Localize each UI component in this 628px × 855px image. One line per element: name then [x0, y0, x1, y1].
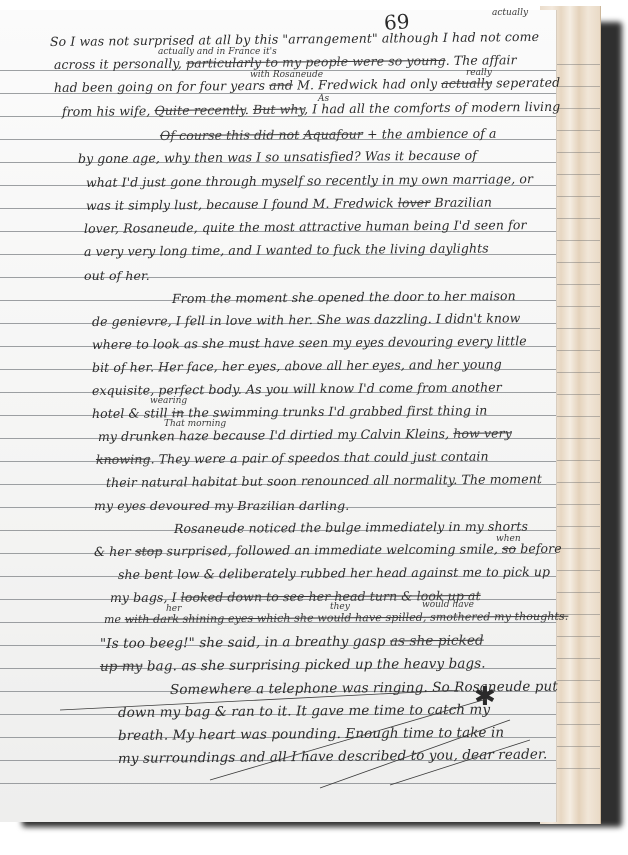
text-line: had been going on for four years and M. … [54, 75, 560, 95]
text-line: what I'd just gone through myself so rec… [86, 171, 533, 190]
text-line: Rosaneude noticed the bulge immediately … [174, 519, 528, 536]
text-line: From the moment she opened the door to h… [172, 288, 516, 306]
text-line: Of course this did not Aquafour + the am… [160, 126, 497, 143]
text-line: my eyes devoured my Brazilian darling. [94, 498, 349, 513]
text-line: was it simply lust, because I found M. F… [86, 194, 492, 213]
text-line: my drunken haze because I'd dirtied my C… [98, 425, 512, 444]
text-line: up my bag. as she surprising picked up t… [100, 656, 486, 675]
annotation-insert: would have [422, 600, 474, 610]
text-line: knowing. They were a pair of speedos tha… [96, 449, 489, 467]
struck-text: Of course this did not [160, 127, 300, 143]
text-line: "Is too beeg!" she said, in a breathy ga… [100, 633, 484, 652]
struck-text: up my [100, 659, 143, 675]
struck-text: stop [135, 544, 162, 559]
struck-text: with dark shining eyes which she would h… [125, 610, 569, 626]
struck-text: how very [453, 425, 512, 441]
text-line: & her stop surprised, followed an immedi… [94, 541, 562, 559]
struck-text: actually [441, 75, 492, 91]
struck-text: But why [253, 101, 304, 117]
text-line: a very very long time, and I wanted to f… [84, 240, 489, 259]
struck-text: as she picked [390, 633, 484, 650]
struck-text: so [502, 541, 516, 556]
text-line: by gone age, why then was I so unsatisfi… [78, 148, 477, 166]
text-line: hotel & still in the swimming trunks I'd… [92, 403, 488, 421]
struck-text: particularly to my people were so young [186, 53, 446, 71]
text-line: me with dark shining eyes which she woul… [104, 610, 569, 626]
struck-text: knowing [96, 452, 151, 467]
struck-text: Quite recently [154, 102, 244, 118]
notebook-page: 69 actually So I was not surprised at al… [0, 10, 556, 822]
struck-text: Aquafour [303, 127, 363, 142]
text-line: bit of her. Her face, her eyes, above al… [92, 356, 502, 375]
strikethrough-scribble [60, 690, 530, 800]
text-line: their natural habitat but soon renounced… [106, 471, 542, 490]
struck-text: lover [398, 195, 431, 210]
text-line: she bent low & deliberately rubbed her h… [118, 564, 550, 582]
text-line: So I was not surprised at all by this "a… [50, 29, 539, 49]
struck-text: and [269, 77, 293, 92]
text-line: where to look as she must have seen my e… [92, 333, 527, 352]
annotation-insert: actually [492, 8, 528, 18]
text-line: out of her. [84, 268, 150, 283]
text-line: de genievre, I fell in love with her. Sh… [92, 310, 521, 329]
text-line: lover, Rosaneude, quite the most attract… [84, 217, 527, 236]
